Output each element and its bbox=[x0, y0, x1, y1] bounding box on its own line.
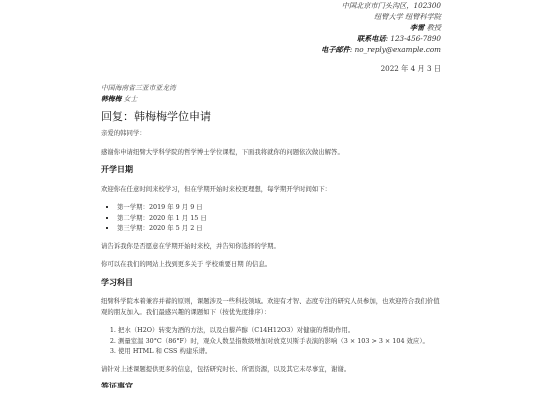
recipient-name: 韩梅梅 bbox=[101, 95, 121, 103]
section-heading-start-dates: 开学日期 bbox=[101, 165, 441, 176]
recipient-block: 中国海南省三亚市亚龙湾 韩梅梅 女士 bbox=[101, 83, 176, 105]
recipient-title: 女士 bbox=[124, 95, 138, 103]
more-info-suffix: 的信息。 bbox=[244, 260, 272, 268]
important-dates-link[interactable]: 学校重要日期 bbox=[205, 260, 243, 268]
letter-date: 2022 年 4 月 3 日 bbox=[381, 64, 441, 74]
topic-item: 测量室温 30°C（86°F）时，观众人数呈指数级增加对放克贝斯手表演的影响（3… bbox=[118, 336, 441, 347]
phone-label: 联系电话 bbox=[357, 34, 386, 43]
more-info-paragraph: 你可以在我们的网站上找到更多关于 学校重要日期 的信息。 bbox=[101, 259, 441, 270]
letter-subject: 回复：韩梅梅学位申请 bbox=[101, 108, 211, 124]
recipient-address: 中国海南省三亚市亚龙湾 bbox=[101, 83, 176, 94]
sender-name-line: 李雷 教授 bbox=[101, 22, 441, 33]
section-heading-visa: 签证事宜 bbox=[101, 382, 441, 393]
email-label: 电子邮件 bbox=[321, 45, 350, 54]
sender-name: 李雷 bbox=[410, 23, 424, 32]
email-value: no_reply@example.com bbox=[355, 45, 441, 54]
greeting: 亲爱的韩同学： bbox=[101, 128, 441, 139]
sender-email-line: 电子邮件: no_reply@example.com bbox=[101, 44, 441, 55]
topic-item: 把水（H2O）转变为酒的方法，以及白藜芦醇（C14H12O3）对健康的帮助作用。 bbox=[118, 325, 441, 336]
sender-title: 教授 bbox=[427, 23, 441, 32]
sender-institution: 纽臂大学 纽臂科学院 bbox=[101, 11, 441, 22]
subjects-request: 请针对上述课题提供更多的信息，包括研究时长、所需资源，以及其它未尽事宜，谢谢。 bbox=[101, 364, 441, 375]
subjects-intro: 纽臂科学院本着兼容并蓄的原则，课题涉及一些科技领域。欢迎有才智、态度专注的研究人… bbox=[101, 296, 441, 317]
start-dates-intro: 欢迎你在任意时间来校学习，但在学期开始时来校更理想，每学期开学时间如下： bbox=[101, 184, 441, 195]
sender-address: 中国北京市门头沟区，102300 bbox=[101, 0, 441, 11]
phone-value: 123-456-7890 bbox=[390, 34, 441, 43]
term-list: 第一学期：2019 年 9 月 9 日 第二学期：2020 年 1 月 15 日… bbox=[101, 202, 441, 234]
more-info-prefix: 你可以在我们的网站上找到更多关于 bbox=[101, 260, 205, 268]
topic-item: 使用 HTML 和 CSS 构建乐谱。 bbox=[118, 346, 441, 357]
term-item: 第三学期：2020 年 5 月 2 日 bbox=[117, 223, 441, 234]
term-item: 第一学期：2019 年 9 月 9 日 bbox=[117, 202, 441, 213]
intro-paragraph: 感谢你申请纽臂大学科学院的哲学博士学位课程，下面我将就你的问题依次做出解答。 bbox=[101, 147, 441, 158]
recipient-name-line: 韩梅梅 女士 bbox=[101, 94, 176, 105]
section-heading-subjects: 学习科目 bbox=[101, 278, 441, 289]
sender-phone-line: 联系电话: 123-456-7890 bbox=[101, 33, 441, 44]
sender-block: 中国北京市门头沟区，102300 纽臂大学 纽臂科学院 李雷 教授 联系电话: … bbox=[101, 0, 441, 55]
letter-body: 亲爱的韩同学： 感谢你申请纽臂大学科学院的哲学博士学位课程，下面我将就你的问题依… bbox=[101, 128, 441, 401]
term-item: 第二学期：2020 年 1 月 15 日 bbox=[117, 213, 441, 224]
topic-list: 把水（H2O）转变为酒的方法，以及白藜芦醇（C14H12O3）对健康的帮助作用。… bbox=[101, 325, 441, 357]
term-request: 请告诉我你是否愿意在学期开始时来校，并告知你选择的学期。 bbox=[101, 241, 441, 252]
